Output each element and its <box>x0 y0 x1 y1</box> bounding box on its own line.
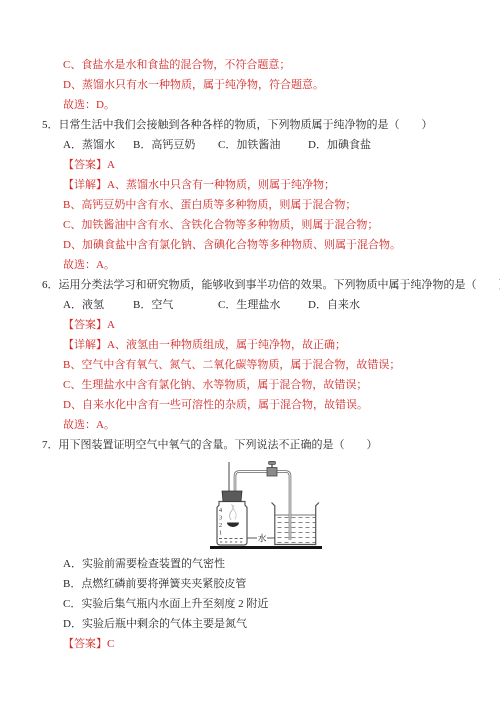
question-5-stem: 5．日常生活中我们会接触到各种各样的物质，下列物质属于纯净物的是（ ） <box>0 120 500 131</box>
oxygen-content-apparatus: 4 3 2 1 <box>200 460 330 552</box>
question-7-answer: 【答案】C <box>0 639 500 650</box>
question-7-option-a: A．实验前需要检查装置的气密性 <box>0 559 500 570</box>
question-7-text: 用下图装置证明空气中氧气的含量。下列说法不正确的是（ ） <box>59 439 378 451</box>
question-5-text: 日常生活中我们会接触到各种各样的物质，下列物质属于纯净物的是（ ） <box>59 119 433 131</box>
experiment-diagram: 4 3 2 1 <box>200 460 500 552</box>
question-5-explain-b: B、高钙豆奶中含有水、蛋白质等多种物质，则属于混合物； <box>0 200 500 211</box>
question-7-number: 7． <box>42 439 59 451</box>
question-5-number: 5． <box>42 119 59 131</box>
question-6-explain-b: B、空气中含有氧气、氮气、二氧化碳等物质，属于混合物，故错误； <box>0 360 500 371</box>
scale-mark-2: 2 <box>219 522 222 529</box>
question-5-explain-c: C、加铁酱油中含有水、含铁化合物等多种物质，则属于混合物； <box>0 220 500 231</box>
beaker <box>272 503 320 545</box>
question-6-option-c: C．生理盐水 <box>218 300 308 311</box>
question-5-explain-a: 【详解】A、蒸馏水中只含有一种物质，则属于纯净物； <box>0 180 500 191</box>
question-6-stem: 6．运用分类法学习和研究物质，能够收到事半功倍的效果。下列物质中属于纯净物的是（… <box>0 280 500 291</box>
question-6-explain-a: 【详解】A、液氢由一种物质组成，属于纯净物，故正确； <box>0 340 500 351</box>
water-label: 水 <box>247 533 275 544</box>
prev-answer-line-d: D、蒸馏水只有水一种物质，属于纯净物，符合题意。 <box>0 80 500 91</box>
prev-answer-conclusion: 故选：D。 <box>0 100 500 111</box>
document-content: C、食盐水是水和食盐的混合物，不符合题意； D、蒸馏水只有水一种物质，属于纯净物… <box>0 60 500 659</box>
question-5-option-a: A．蒸馏水 <box>63 140 133 151</box>
question-6-option-a: A．液氢 <box>63 300 133 311</box>
question-5-explain-d: D、加碘食盐中含有氯化钠、含碘化合物等多种物质、则属于混合物。 <box>0 240 500 251</box>
question-5-conclusion: 故选：A。 <box>0 260 500 271</box>
question-5-option-b: B．高钙豆奶 <box>133 140 218 151</box>
question-7-option-c: C．实验后集气瓶内水面上升至刻度 2 附近 <box>0 599 500 610</box>
question-5-answer: 【答案】A <box>0 160 500 171</box>
question-6-number: 6． <box>42 279 59 291</box>
rubber-stopper <box>222 491 242 502</box>
exam-page: C、食盐水是水和食盐的混合物，不符合题意； D、蒸馏水只有水一种物质，属于纯净物… <box>0 0 500 707</box>
question-7-stem: 7．用下图装置证明空气中氧气的含量。下列说法不正确的是（ ） <box>0 440 500 451</box>
question-6-options: A．液氢 B．空气 C．生理盐水 D．自来水 <box>0 300 500 311</box>
prev-answer-line-c: C、食盐水是水和食盐的混合物，不符合题意； <box>0 60 500 71</box>
question-7-option-b: B．点燃红磷前要将弹簧夹夹紧胶皮管 <box>0 579 500 590</box>
gas-collecting-bottle: 4 3 2 1 <box>217 502 247 546</box>
question-6-text: 运用分类法学习和研究物质，能够收到事半功倍的效果。下列物质中属于纯净物的是（ ） <box>59 279 500 291</box>
question-5-options: A．蒸馏水 B．高钙豆奶 C．加铁酱油 D．加碘食盐 <box>0 140 500 151</box>
beaker-water <box>275 515 316 544</box>
scale-mark-3: 3 <box>219 515 222 522</box>
spring-clamp-valve <box>267 461 277 476</box>
water-label-text: 水 <box>257 533 266 544</box>
question-6-option-d: D．自来水 <box>308 300 360 311</box>
question-5-option-c: C．加铁酱油 <box>218 140 308 151</box>
question-6-option-b: B．空气 <box>133 300 218 311</box>
question-6-conclusion: 故选：A。 <box>0 420 500 431</box>
scale-mark-1: 1 <box>219 530 222 537</box>
question-6-answer: 【答案】A <box>0 320 500 331</box>
question-6-explain-d: D、自来水化中含有一些可溶性的杂质，属于混合物，故错误。 <box>0 400 500 411</box>
question-6-explain-c: C、生理盐水中含有氯化钠、水等物质，属于混合物，故错误； <box>0 380 500 391</box>
question-7-option-d: D．实验后瓶中剩余的气体主要是氮气 <box>0 619 500 630</box>
question-5-option-d: D．加碘食盐 <box>308 140 371 151</box>
